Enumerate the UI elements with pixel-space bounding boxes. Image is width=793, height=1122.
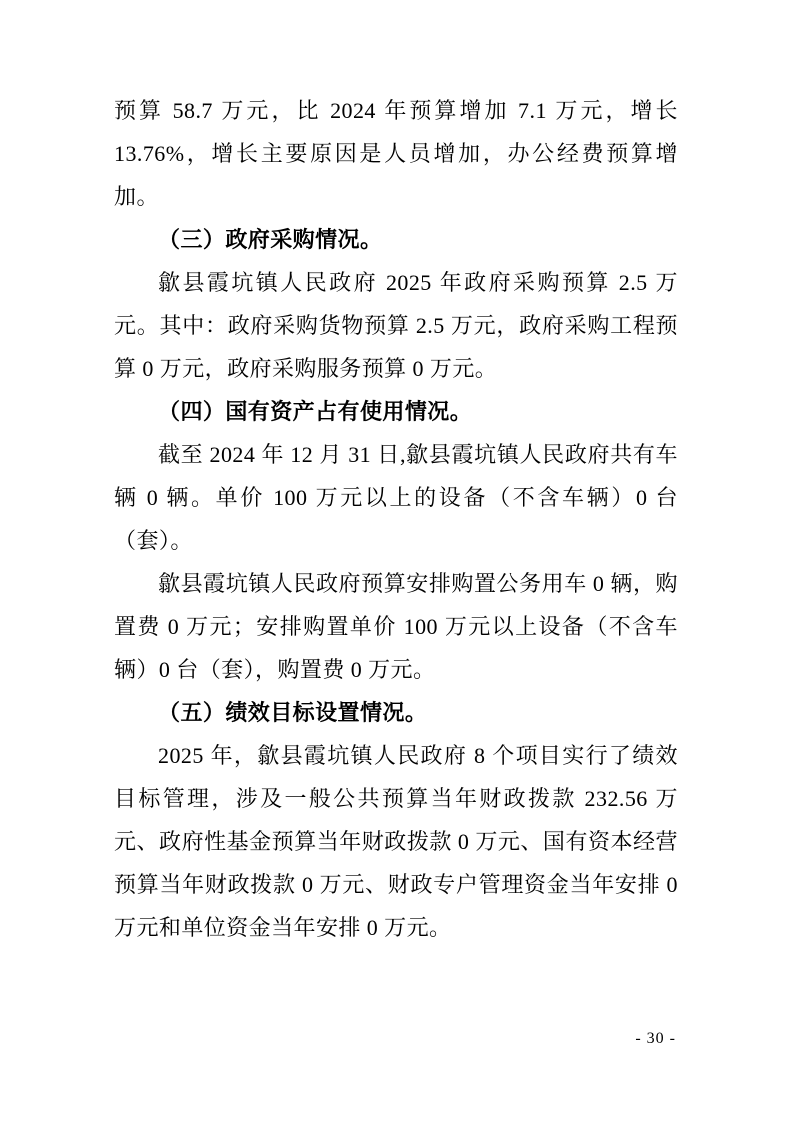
document-page: 预算 58.7 万元，比 2024 年预算增加 7.1 万元，增长 13.76%… bbox=[0, 0, 793, 1122]
body-paragraph-purchase-plan: 歙县霞坑镇人民政府预算安排购置公务用车 0 辆，购置费 0 万元；安排购置单价 … bbox=[114, 562, 678, 691]
section-heading-state-assets: （四）国有资产占有使用情况。 bbox=[114, 390, 678, 433]
body-paragraph-continued: 预算 58.7 万元，比 2024 年预算增加 7.1 万元，增长 13.76%… bbox=[114, 89, 678, 218]
body-paragraph-procurement: 歙县霞坑镇人民政府 2025 年政府采购预算 2.5 万元。其中：政府采购货物预… bbox=[114, 261, 678, 390]
section-heading-procurement: （三）政府采购情况。 bbox=[114, 218, 678, 261]
page-number: - 30 - bbox=[635, 1029, 676, 1049]
body-paragraph-vehicles: 截至 2024 年 12 月 31 日,歙县霞坑镇人民政府共有车辆 0 辆。单价… bbox=[114, 433, 678, 562]
body-paragraph-performance: 2025 年，歙县霞坑镇人民政府 8 个项目实行了绩效目标管理，涉及一般公共预算… bbox=[114, 734, 678, 949]
section-heading-performance-targets: （五）绩效目标设置情况。 bbox=[114, 691, 678, 734]
document-body: 预算 58.7 万元，比 2024 年预算增加 7.1 万元，增长 13.76%… bbox=[114, 89, 678, 949]
